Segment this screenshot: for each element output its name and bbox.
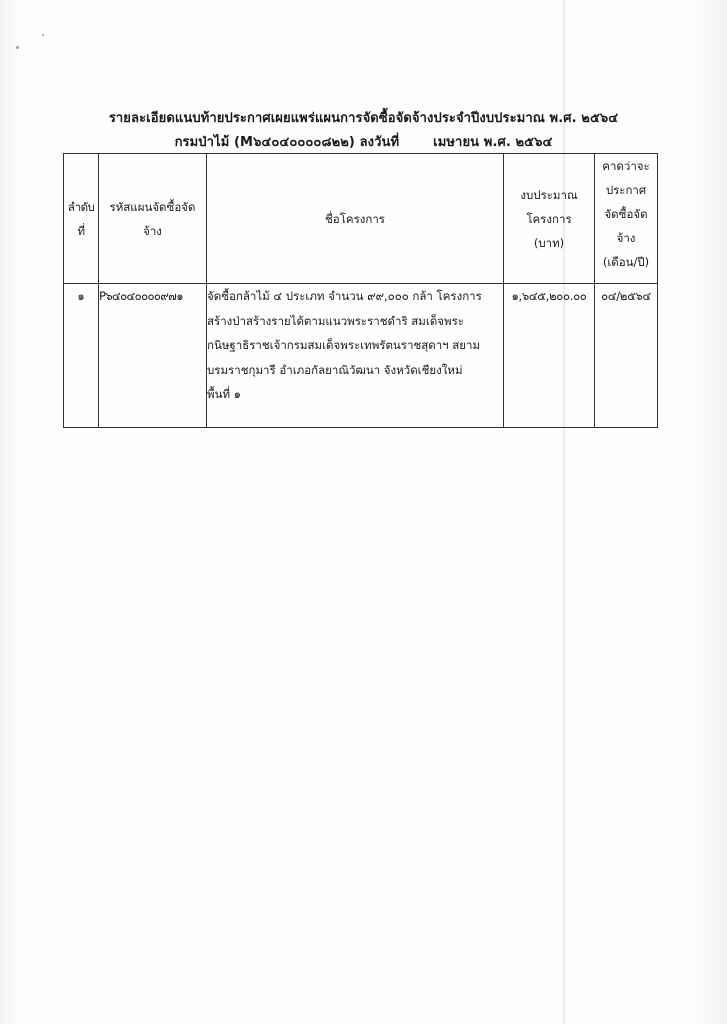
table-row: ๑ P๖๔๐๔๐๐๐๐๙๗๑ จัดซื้อกล้าไม้ ๔ ประเภท จ… — [64, 284, 658, 428]
announcement-date: เมษายน พ.ศ. ๒๕๖๔ — [433, 135, 552, 150]
document-subtitle: กรมป่าไม้ (M๖๔๐๔๐๐๐๐๘๒๒) ลงวันที่เมษายน … — [0, 131, 727, 152]
cell-plan-code: P๖๔๐๔๐๐๐๐๙๗๑ — [99, 284, 207, 428]
header-expected-date-line: จัดซื้อจัด — [595, 202, 657, 226]
header-expected-date-line: (เดือน/ปี) — [595, 250, 657, 274]
header-expected-date: คาดว่าจะ ประกาศ จัดซื้อจัด จ้าง (เดือน/ป… — [595, 154, 658, 284]
header-project-name: ชื่อโครงการ — [207, 154, 504, 284]
header-plan-code-line: จ้าง — [99, 219, 206, 243]
header-seq-line: ลำดับ — [64, 195, 98, 219]
project-name-line: บรมราชกุมารี อำเภอกัลยาณิวัฒนา จังหวัดเช… — [207, 358, 503, 383]
header-budget-line: (บาท) — [504, 231, 594, 255]
table-header-row: ลำดับ ที่ รหัสแผนจัดซื้อจัด จ้าง ชื่อโคร… — [64, 154, 658, 284]
project-name-line: จัดซื้อกล้าไม้ ๔ ประเภท จำนวน ๙๙,๐๐๐ กล้… — [207, 284, 503, 309]
header-budget-line: โครงการ — [504, 207, 594, 231]
department-and-code: กรมป่าไม้ (M๖๔๐๔๐๐๐๐๘๒๒) ลงวันที่ — [175, 135, 400, 150]
header-project-name-line: ชื่อโครงการ — [207, 207, 503, 231]
cell-project-name: จัดซื้อกล้าไม้ ๔ ประเภท จำนวน ๙๙,๐๐๐ กล้… — [207, 284, 504, 428]
project-name-line: พื้นที่ ๑ — [207, 382, 503, 407]
scan-speck — [16, 46, 19, 49]
scan-speck — [42, 34, 44, 36]
header-plan-code: รหัสแผนจัดซื้อจัด จ้าง — [99, 154, 207, 284]
cell-seq: ๑ — [64, 284, 99, 428]
header-expected-date-line: ประกาศ — [595, 178, 657, 202]
header-seq: ลำดับ ที่ — [64, 154, 99, 284]
header-plan-code-line: รหัสแผนจัดซื้อจัด — [99, 195, 206, 219]
project-name-line: สร้างป่าสร้างรายได้ตามแนวพระราชดำริ สมเด… — [207, 309, 503, 334]
header-seq-line: ที่ — [64, 219, 98, 243]
project-name-line: กนิษฐาธิราชเจ้ากรมสมเด็จพระเทพรัตนราชสุด… — [207, 333, 503, 358]
procurement-plan-table: ลำดับ ที่ รหัสแผนจัดซื้อจัด จ้าง ชื่อโคร… — [63, 153, 658, 428]
header-budget-line: งบประมาณ — [504, 183, 594, 207]
cell-expected-date: ๐๔/๒๕๖๔ — [595, 284, 658, 428]
document-title: รายละเอียดแนบท้ายประกาศเผยแพร่แผนการจัดซ… — [0, 107, 727, 128]
cell-budget: ๑,๖๔๕,๒๐๐.๐๐ — [504, 284, 595, 428]
header-expected-date-line: คาดว่าจะ — [595, 154, 657, 178]
header-budget: งบประมาณ โครงการ (บาท) — [504, 154, 595, 284]
header-expected-date-line: จ้าง — [595, 226, 657, 250]
